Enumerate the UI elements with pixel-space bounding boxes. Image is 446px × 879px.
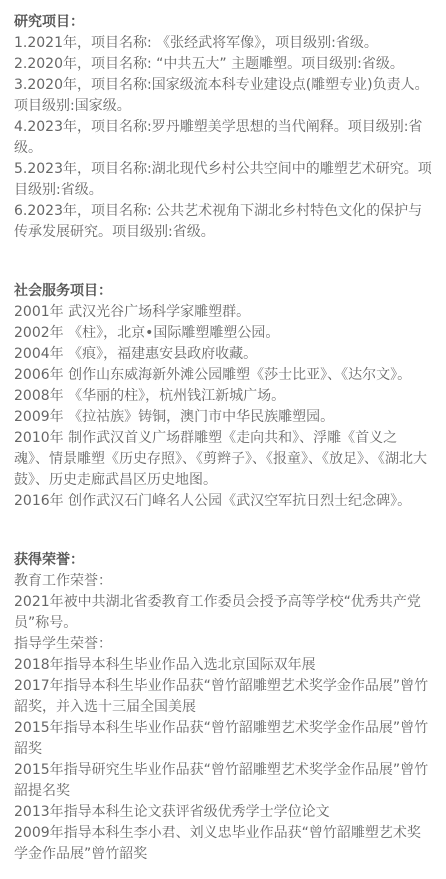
honors-heading: 获得荣誉： — [14, 550, 432, 571]
social-service-item: 2009年 《拉祜族》铸铜，澳门市中华民族雕塑园。 — [14, 407, 432, 428]
social-service-item: 2004年 《痕》，福建惠安县政府收藏。 — [14, 344, 432, 365]
social-service-item: 2001年 武汉光谷广场科学家雕塑群。 — [14, 302, 432, 323]
research-project-item: 1.2021年，项目名称: 《张经武将军像》，项目级别:省级。 — [14, 33, 432, 54]
honors-item: 2009年指导本科生李小君、刘义忠毕业作品获“曾竹韶雕塑艺术奖学金作品展”曾竹韶… — [14, 823, 432, 865]
research-project-item: 2.2020年，项目名称: “中共五大” 主题雕塑。项目级别:省级。 — [14, 54, 432, 75]
research-project-item: 6.2023年，项目名称: 公共艺术视角下湖北乡村特色文化的保护与传承发展研究。… — [14, 201, 432, 243]
honors-subheading-education: 教育工作荣誉： — [14, 571, 432, 592]
research-project-item: 5.2023年，项目名称:湖北现代乡村公共空间中的雕塑艺术研究。项目级别:省级。 — [14, 159, 432, 201]
social-service-item: 2016年 创作武汉石门峰名人公园《武汉空军抗日烈士纪念碑》。 — [14, 491, 432, 512]
honors-item: 2018年指导本科生毕业作品入选北京国际双年展 — [14, 655, 432, 676]
research-projects-heading: 研究项目： — [14, 12, 432, 33]
honors-item: 2015年指导研究生毕业作品获“曾竹韶雕塑艺术奖学金作品展”曾竹韶提名奖 — [14, 760, 432, 802]
social-service-item: 2008年 《华丽的柱》，杭州钱江新城广场。 — [14, 386, 432, 407]
section-honors: 获得荣誉： 教育工作荣誉： 2021年被中共湖北省委教育工作委员会授予高等学校“… — [14, 550, 432, 865]
research-project-item: 4.2023年，项目名称:罗丹雕塑美学思想的当代阐释。项目级别:省级。 — [14, 117, 432, 159]
research-project-item: 3.2020年，项目名称:国家级流本科专业建设点(雕塑专业)负责人。项目级别:国… — [14, 75, 432, 117]
honors-item: 2017年指导本科生毕业作品获“曾竹韶雕塑艺术奖学金作品展”曾竹韶奖，并入选十三… — [14, 676, 432, 718]
honors-item: 2013年指导本科生论文获评省级优秀学士学位论文 — [14, 802, 432, 823]
honors-item: 2021年被中共湖北省委教育工作委员会授予高等学校“优秀共产党员”称号。 — [14, 592, 432, 634]
section-social-service-projects: 社会服务项目： 2001年 武汉光谷广场科学家雕塑群。 2002年 《柱》，北京… — [14, 281, 432, 512]
social-service-item: 2002年 《柱》，北京•国际雕塑雕塑公园。 — [14, 323, 432, 344]
honors-subheading-students: 指导学生荣誉： — [14, 634, 432, 655]
honors-item: 2015年指导本科生毕业作品获“曾竹韶雕塑艺术奖学金作品展”曾竹韶奖 — [14, 718, 432, 760]
social-service-item: 2006年 创作山东威海新外滩公园雕塑《莎士比亚》、《达尔文》。 — [14, 365, 432, 386]
section-research-projects: 研究项目： 1.2021年，项目名称: 《张经武将军像》，项目级别:省级。 2.… — [14, 12, 432, 243]
social-service-projects-heading: 社会服务项目： — [14, 281, 432, 302]
profile-document: 研究项目： 1.2021年，项目名称: 《张经武将军像》，项目级别:省级。 2.… — [0, 0, 446, 879]
social-service-item: 2010年 制作武汉首义广场群雕塑《走向共和》、浮雕《首义之魂》、情景雕塑《历史… — [14, 428, 432, 491]
